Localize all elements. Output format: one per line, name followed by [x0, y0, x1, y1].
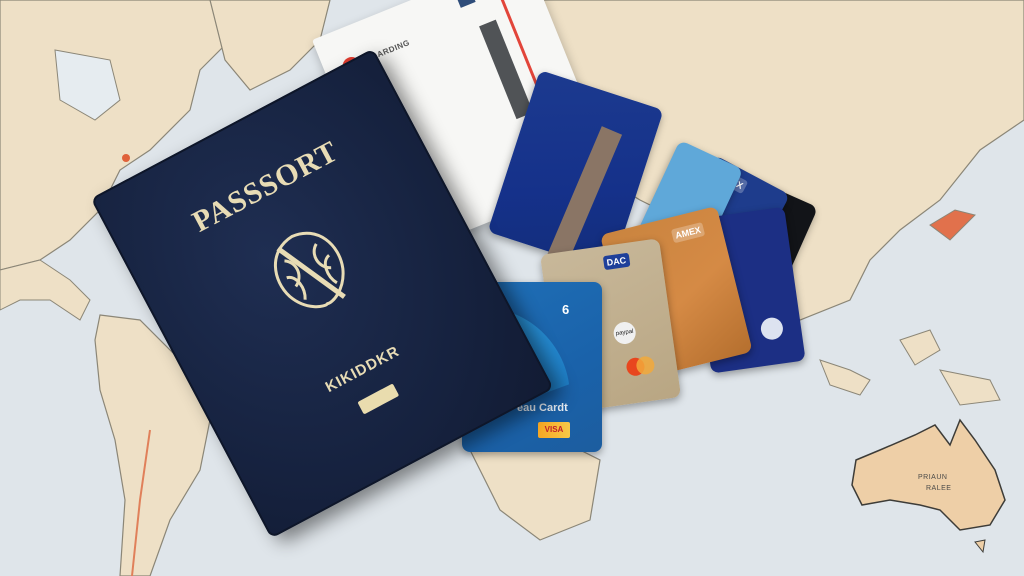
paypal-badge-icon: paypal — [612, 321, 637, 346]
card-number-mark: 6 — [562, 302, 569, 317]
barcode-strip — [479, 20, 533, 119]
map-label: PRIAUN — [918, 474, 947, 481]
ticket-stub — [455, 0, 476, 8]
mastercard-logo-icon — [625, 355, 655, 377]
visa-logo-icon: VISA — [538, 422, 570, 438]
bank-logo-icon — [759, 316, 784, 341]
coat-of-arms-icon — [245, 205, 375, 335]
biometric-chip-icon — [357, 383, 399, 414]
card-brand-mark: AMEX — [671, 222, 705, 243]
photo-scene: PRIAUN RALEE BOARDING AMEX AMEX DAC payp… — [0, 0, 1024, 576]
map-label: RALEE — [926, 485, 951, 492]
passport-subtitle: KIKIDDKR — [217, 287, 508, 452]
card-brand-mark: DAC — [603, 253, 630, 270]
